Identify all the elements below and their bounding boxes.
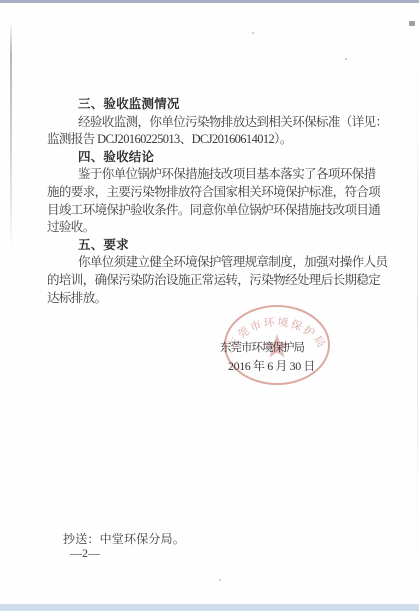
section-5-heading: 五、要求	[47, 237, 379, 255]
body-line: 过验收。	[47, 219, 379, 237]
section-4-heading: 四、验收结论	[47, 149, 379, 167]
scan-artifact-left-line	[10, 20, 12, 250]
document-body: 三、验收监测情况 经验收监测，你单位污染物排放达到相关环保标准（详见： 监测报告…	[47, 96, 379, 307]
scan-edge-top	[0, 0, 419, 3]
body-line: 监测报告 DCJ20160225013、DCJ20160614012）。	[47, 131, 379, 149]
scan-artifact-right-line	[417, 60, 418, 560]
body-line: 经验收监测，你单位污染物排放达到相关环保标准（详见：	[47, 114, 379, 132]
scan-speck	[345, 58, 347, 60]
scan-edge-bottom	[0, 604, 419, 611]
page-number: —2—	[70, 546, 100, 561]
body-line: 的培训，确保污染防治设施正常运转，污染物经处理后长期稳定	[47, 272, 379, 290]
scan-smudge	[409, 21, 415, 26]
scanned-letter-page: 三、验收监测情况 经验收监测，你单位污染物排放达到相关环保标准（详见： 监测报告…	[0, 0, 419, 611]
cc-line: 抄送：中堂环保分局。	[63, 530, 185, 547]
section-3-heading: 三、验收监测情况	[47, 96, 379, 114]
body-line: 施的要求，主要污染物排放符合国家相关环境保护标准，符合项	[47, 184, 379, 202]
body-line: 目竣工环境保护验收条件。同意你单位锅炉环保措施技改项目通	[47, 202, 379, 220]
issue-date: 2016 年 6 月 30 日	[228, 357, 318, 374]
scan-speck	[219, 579, 221, 581]
issuing-agency: 东莞市环境保护局	[220, 339, 306, 355]
body-line: 鉴于你单位锅炉环保措施技改项目基本落实了各项环保措	[47, 166, 379, 184]
scan-speck	[252, 32, 254, 34]
body-line: 你单位须建立健全环境保护管理规章制度，加强对操作人员	[47, 254, 379, 272]
